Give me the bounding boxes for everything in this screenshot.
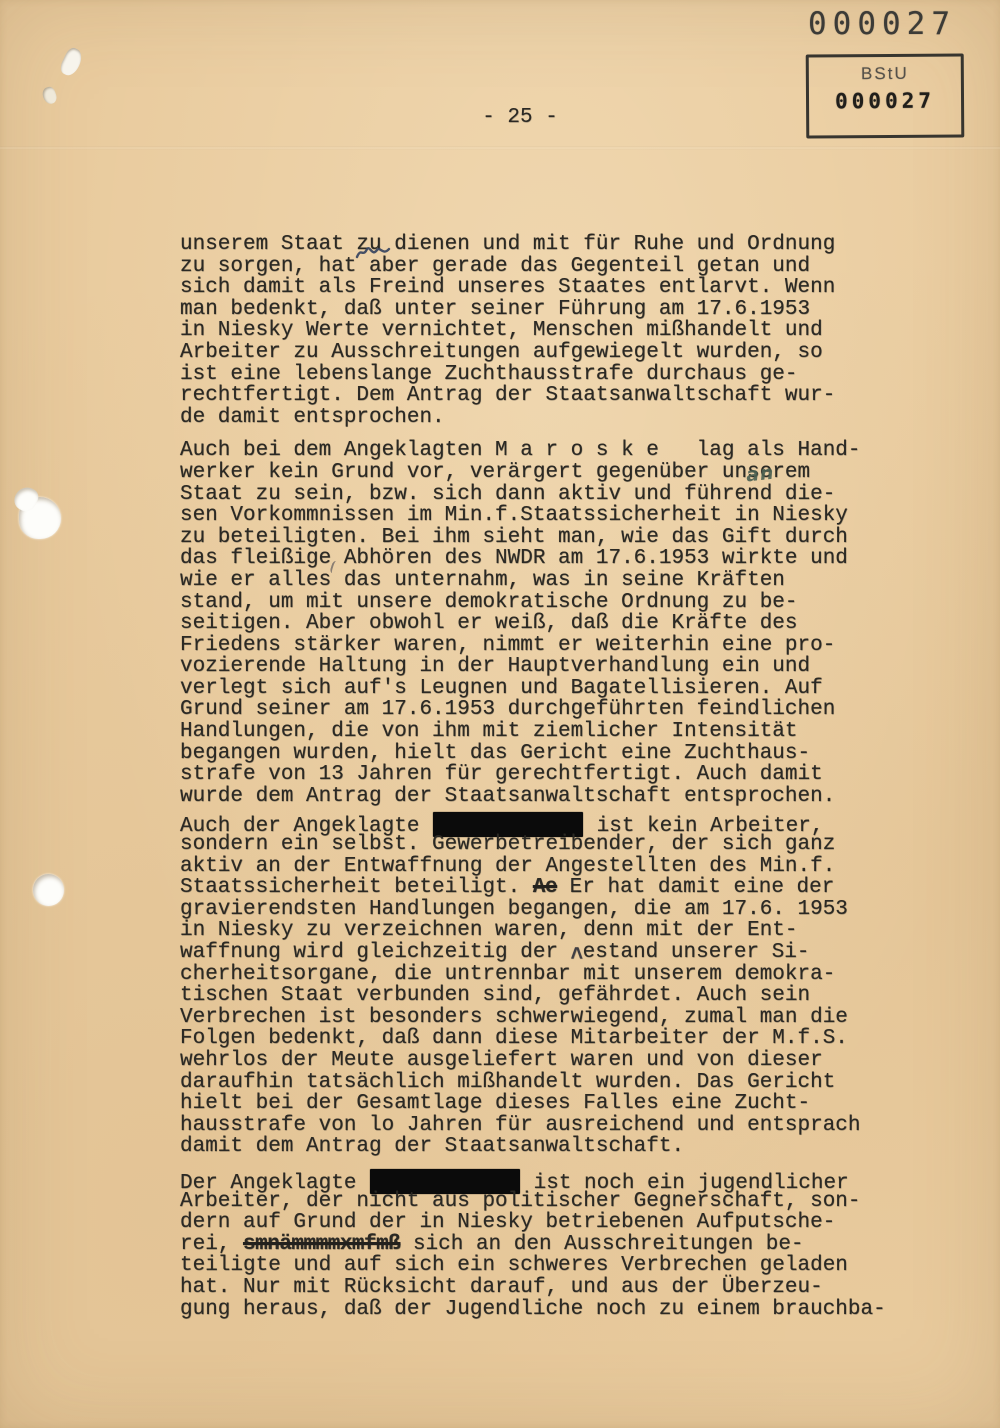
text-segment: werker kein Grund vor, verärgert gegenüb… (180, 461, 810, 484)
text-segment: rechtfertigt. Dem Antrag der Staatsanwal… (180, 384, 835, 407)
text-line: hat. Nur mit Rücksicht darauf, und aus d… (180, 1277, 870, 1299)
text-line: stand, um mit unsere demokratische Ordnu… (180, 592, 870, 614)
page-number: - 25 - (455, 106, 585, 129)
text-segment: Auch bei dem Angeklagten M a r o s k e l… (180, 439, 861, 462)
text-line: waffnung wird gleichzeitig der ^estand u… (180, 942, 870, 964)
text-segment: vozierende Haltung in der Hauptverhandlu… (180, 655, 810, 678)
text-segment: Folgen bedenkt, daß dann diese Mitarbeit… (180, 1027, 848, 1050)
text-segment: stand, um mit unsere demokratische Ordnu… (180, 591, 798, 614)
text-segment: das fleißige Abhören des NWDR am 17.6.19… (180, 547, 848, 570)
text-line: gravierendsten Handlungen begangen, die … (180, 899, 870, 921)
text-segment: damit dem Antrag der Staatsanwaltschaft. (180, 1135, 684, 1158)
text-line: daraufhin tatsächlich mißhandelt wurden.… (180, 1072, 870, 1094)
paragraph: Auch der Angeklagte ist kein Arbeiter,so… (180, 812, 870, 1158)
text-segment: in Niesky Werte vernichtet, Menschen miß… (180, 319, 823, 342)
text-segment: in Niesky zu verzeichnen waren, denn mit… (180, 919, 798, 942)
text-line: Verbrechen ist besonders schwerwiegend, … (180, 1007, 870, 1029)
text-line: sich damit als Freind unseres Staates en… (180, 277, 870, 299)
text-line: Grund seiner am 17.6.1953 durchgeführten… (180, 699, 870, 721)
text-segment: Staatssicherheit beteiligt. (180, 876, 533, 899)
scanned-document-page: 000027 BStU 000027 - 25 - unserem Staat … (0, 0, 1000, 1428)
text-segment: seitigen. Aber obwohl er weiß, daß die K… (180, 612, 798, 635)
text-line: Staatssicherheit beteiligt. Ae Er hat da… (180, 877, 870, 899)
text-segment: gung heraus, daß der Jugendliche noch zu… (180, 1298, 886, 1321)
text-segment: de damit entsprochen. (180, 406, 445, 429)
paragraph: Auch bei dem Angeklagten M a r o s k e l… (180, 440, 870, 807)
text-line: rechtfertigt. Dem Antrag der Staatsanwal… (180, 385, 870, 407)
text-line: hielt bei der Gesamtlage dieses Falles e… (180, 1093, 870, 1115)
typewritten-text: unserem Staat zu dienen und mit für Ruhe… (180, 234, 870, 1320)
text-line: aktiv an der Entwaffnung der Angestellte… (180, 856, 870, 878)
text-line: Auch der Angeklagte ist kein Arbeiter, (180, 812, 870, 834)
text-segment: Arbeiter, der nicht aus politischer Gegn… (180, 1190, 861, 1213)
text-line: Staat zu sein, bzw. sich dann aktiv und … (180, 484, 870, 506)
text-segment: begangen wurden, hielt das Gericht eine … (180, 742, 810, 765)
text-segment: waffnung wird gleichzeitig der (180, 941, 571, 964)
text-line: damit dem Antrag der Staatsanwaltschaft. (180, 1136, 870, 1158)
text-segment: verlegt sich auf's Leugnen und Bagatelli… (180, 677, 823, 700)
text-segment: daraufhin tatsächlich mißhandelt wurden.… (180, 1071, 835, 1094)
text-line: unserem Staat zu dienen und mit für Ruhe… (180, 234, 870, 256)
text-line: zu beteiligten. Bei ihm sieht man, wie d… (180, 527, 870, 549)
text-segment: Grund seiner am 17.6.1953 durchgeführten… (180, 698, 835, 721)
text-segment: hielt bei der Gesamtlage dieses Falles e… (180, 1092, 810, 1115)
text-line: Friedens stärker waren, nimmt er weiterh… (180, 635, 870, 657)
text-segment: Friedens stärker waren, nimmt er weiterh… (180, 634, 835, 657)
text-segment: ist eine lebenslange Zuchthausstrafe dur… (180, 363, 798, 386)
text-segment: Verbrechen ist besonders schwerwiegend, … (180, 1006, 848, 1029)
text-line: wurde dem Antrag der Staatsanwaltschaft … (180, 786, 870, 808)
text-segment: sondern ein selbst. Gewerbetreibender, d… (180, 833, 835, 856)
text-segment: Handlungen, die von ihm mit ziemlicher I… (180, 720, 798, 743)
text-segment: tischen Staat verbunden sind, gefährdet.… (180, 984, 810, 1007)
text-line: sondern ein selbst. Gewerbetreibender, d… (180, 834, 870, 856)
text-line: wie er alles das unternahm, was in seine… (180, 570, 870, 592)
text-segment: rei, (180, 1233, 243, 1256)
text-segment: dern auf Grund der in Niesky betriebenen… (180, 1211, 835, 1234)
text-segment: estand unserer Si- (583, 941, 810, 964)
text-line: in Niesky Werte vernichtet, Menschen miß… (180, 320, 870, 342)
text-line: strafe von 13 Jahren für gerechtfertigt.… (180, 764, 870, 786)
text-segment: zu beteiligten. Bei ihm sieht man, wie d… (180, 526, 848, 549)
archive-folio-number: 000027 (808, 6, 956, 42)
text-segment: man bedenkt, daß unter seiner Führung am… (180, 298, 810, 321)
paper-damage-spot (58, 46, 86, 79)
text-segment: gravierendsten Handlungen begangen, die … (180, 898, 848, 921)
text-segment: wehrlos der Meute ausgeliefert waren und… (180, 1049, 823, 1072)
text-line: Handlungen, die von ihm mit ziemlicher I… (180, 721, 870, 743)
text-line: vozierende Haltung in der Hauptverhandlu… (180, 656, 870, 678)
text-line: gung heraus, daß der Jugendliche noch zu… (180, 1299, 870, 1321)
text-segment: sen Vorkommnissen im Min.f.Staatssicherh… (180, 504, 848, 527)
text-line: teiligte und auf sich ein schweres Verbr… (180, 1255, 870, 1277)
text-line: begangen wurden, hielt das Gericht eine … (180, 743, 870, 765)
text-line: sen Vorkommnissen im Min.f.Staatssicherh… (180, 505, 870, 527)
text-segment: unserem Staat zu dienen und mit für Ruhe… (180, 233, 835, 256)
paper-damage-spot (41, 85, 59, 105)
text-line: ist eine lebenslange Zuchthausstrafe dur… (180, 364, 870, 386)
text-segment: sich an den Ausschreitungen be- (400, 1233, 803, 1256)
bstu-stamp: BStU 000027 (806, 53, 965, 138)
text-segment: wie er alles das unternahm, was in seine… (180, 569, 785, 592)
text-line: cherheitsorgane, die untrennbar mit unse… (180, 964, 870, 986)
text-line: Arbeiter, der nicht aus politischer Gegn… (180, 1191, 870, 1213)
text-segment: teiligte und auf sich ein schweres Verbr… (180, 1254, 848, 1277)
text-line: Auch bei dem Angeklagten M a r o s k e l… (180, 440, 870, 462)
text-segment: strafe von 13 Jahren für gerechtfertigt.… (180, 763, 823, 786)
stamp-number: 000027 (809, 88, 961, 113)
text-line: das fleißige Abhören des NWDR am 17.6.19… (180, 548, 870, 570)
text-segment: Staat zu sein, bzw. sich dann aktiv und … (180, 483, 835, 506)
handwritten-insertion-note: an (745, 462, 776, 487)
hole-punch (19, 497, 61, 539)
text-line: tischen Staat verbunden sind, gefährdet.… (180, 985, 870, 1007)
handwritten-squiggle-annotation (354, 245, 396, 261)
text-segment: hausstrafe von lo Jahren für ausreichend… (180, 1114, 861, 1137)
text-segment: hat. Nur mit Rücksicht darauf, und aus d… (180, 1276, 823, 1299)
text-line: wehrlos der Meute ausgeliefert waren und… (180, 1050, 870, 1072)
struck-out-text: smnämmmmxmfmß (243, 1233, 400, 1256)
text-line: in Niesky zu verzeichnen waren, denn mit… (180, 920, 870, 942)
paper-crease (0, 146, 1000, 150)
text-line: Arbeiter zu Ausschreitungen aufgewiegelt… (180, 342, 870, 364)
text-segment: sich damit als Freind unseres Staates en… (180, 276, 835, 299)
paragraph: Der Angeklagte ist noch ein jugendlicher… (180, 1169, 870, 1320)
text-segment: wurde dem Antrag der Staatsanwaltschaft … (180, 785, 835, 808)
text-line: Folgen bedenkt, daß dann diese Mitarbeit… (180, 1028, 870, 1050)
paragraph: unserem Staat zu dienen und mit für Ruhe… (180, 234, 870, 428)
text-segment: Arbeiter zu Ausschreitungen aufgewiegelt… (180, 341, 823, 364)
insertion-caret-mark: ^ (571, 946, 583, 973)
text-segment: aktiv an der Entwaffnung der Angestellte… (180, 855, 835, 878)
stamp-org-label: BStU (809, 63, 961, 84)
text-line: seitigen. Aber obwohl er weiß, daß die K… (180, 613, 870, 635)
text-segment: Er hat damit eine der (557, 876, 834, 899)
text-line: dern auf Grund der in Niesky betriebenen… (180, 1212, 870, 1234)
text-segment: cherheitsorgane, die untrennbar mit unse… (180, 963, 835, 986)
text-segment: zu sorgen, hat aber gerade das Gegenteil… (180, 255, 810, 278)
text-line: de damit entsprochen. (180, 407, 870, 429)
hole-punch (33, 874, 64, 906)
text-line: hausstrafe von lo Jahren für ausreichend… (180, 1115, 870, 1137)
text-line: man bedenkt, daß unter seiner Führung am… (180, 299, 870, 321)
text-line: Der Angeklagte ist noch ein jugendlicher (180, 1169, 870, 1191)
text-line: zu sorgen, hat aber gerade das Gegenteil… (180, 256, 870, 278)
text-line: rei, smnämmmmxmfmß sich an den Ausschrei… (180, 1234, 870, 1256)
struck-out-text: Ae (533, 876, 557, 899)
text-line: verlegt sich auf's Leugnen und Bagatelli… (180, 678, 870, 700)
